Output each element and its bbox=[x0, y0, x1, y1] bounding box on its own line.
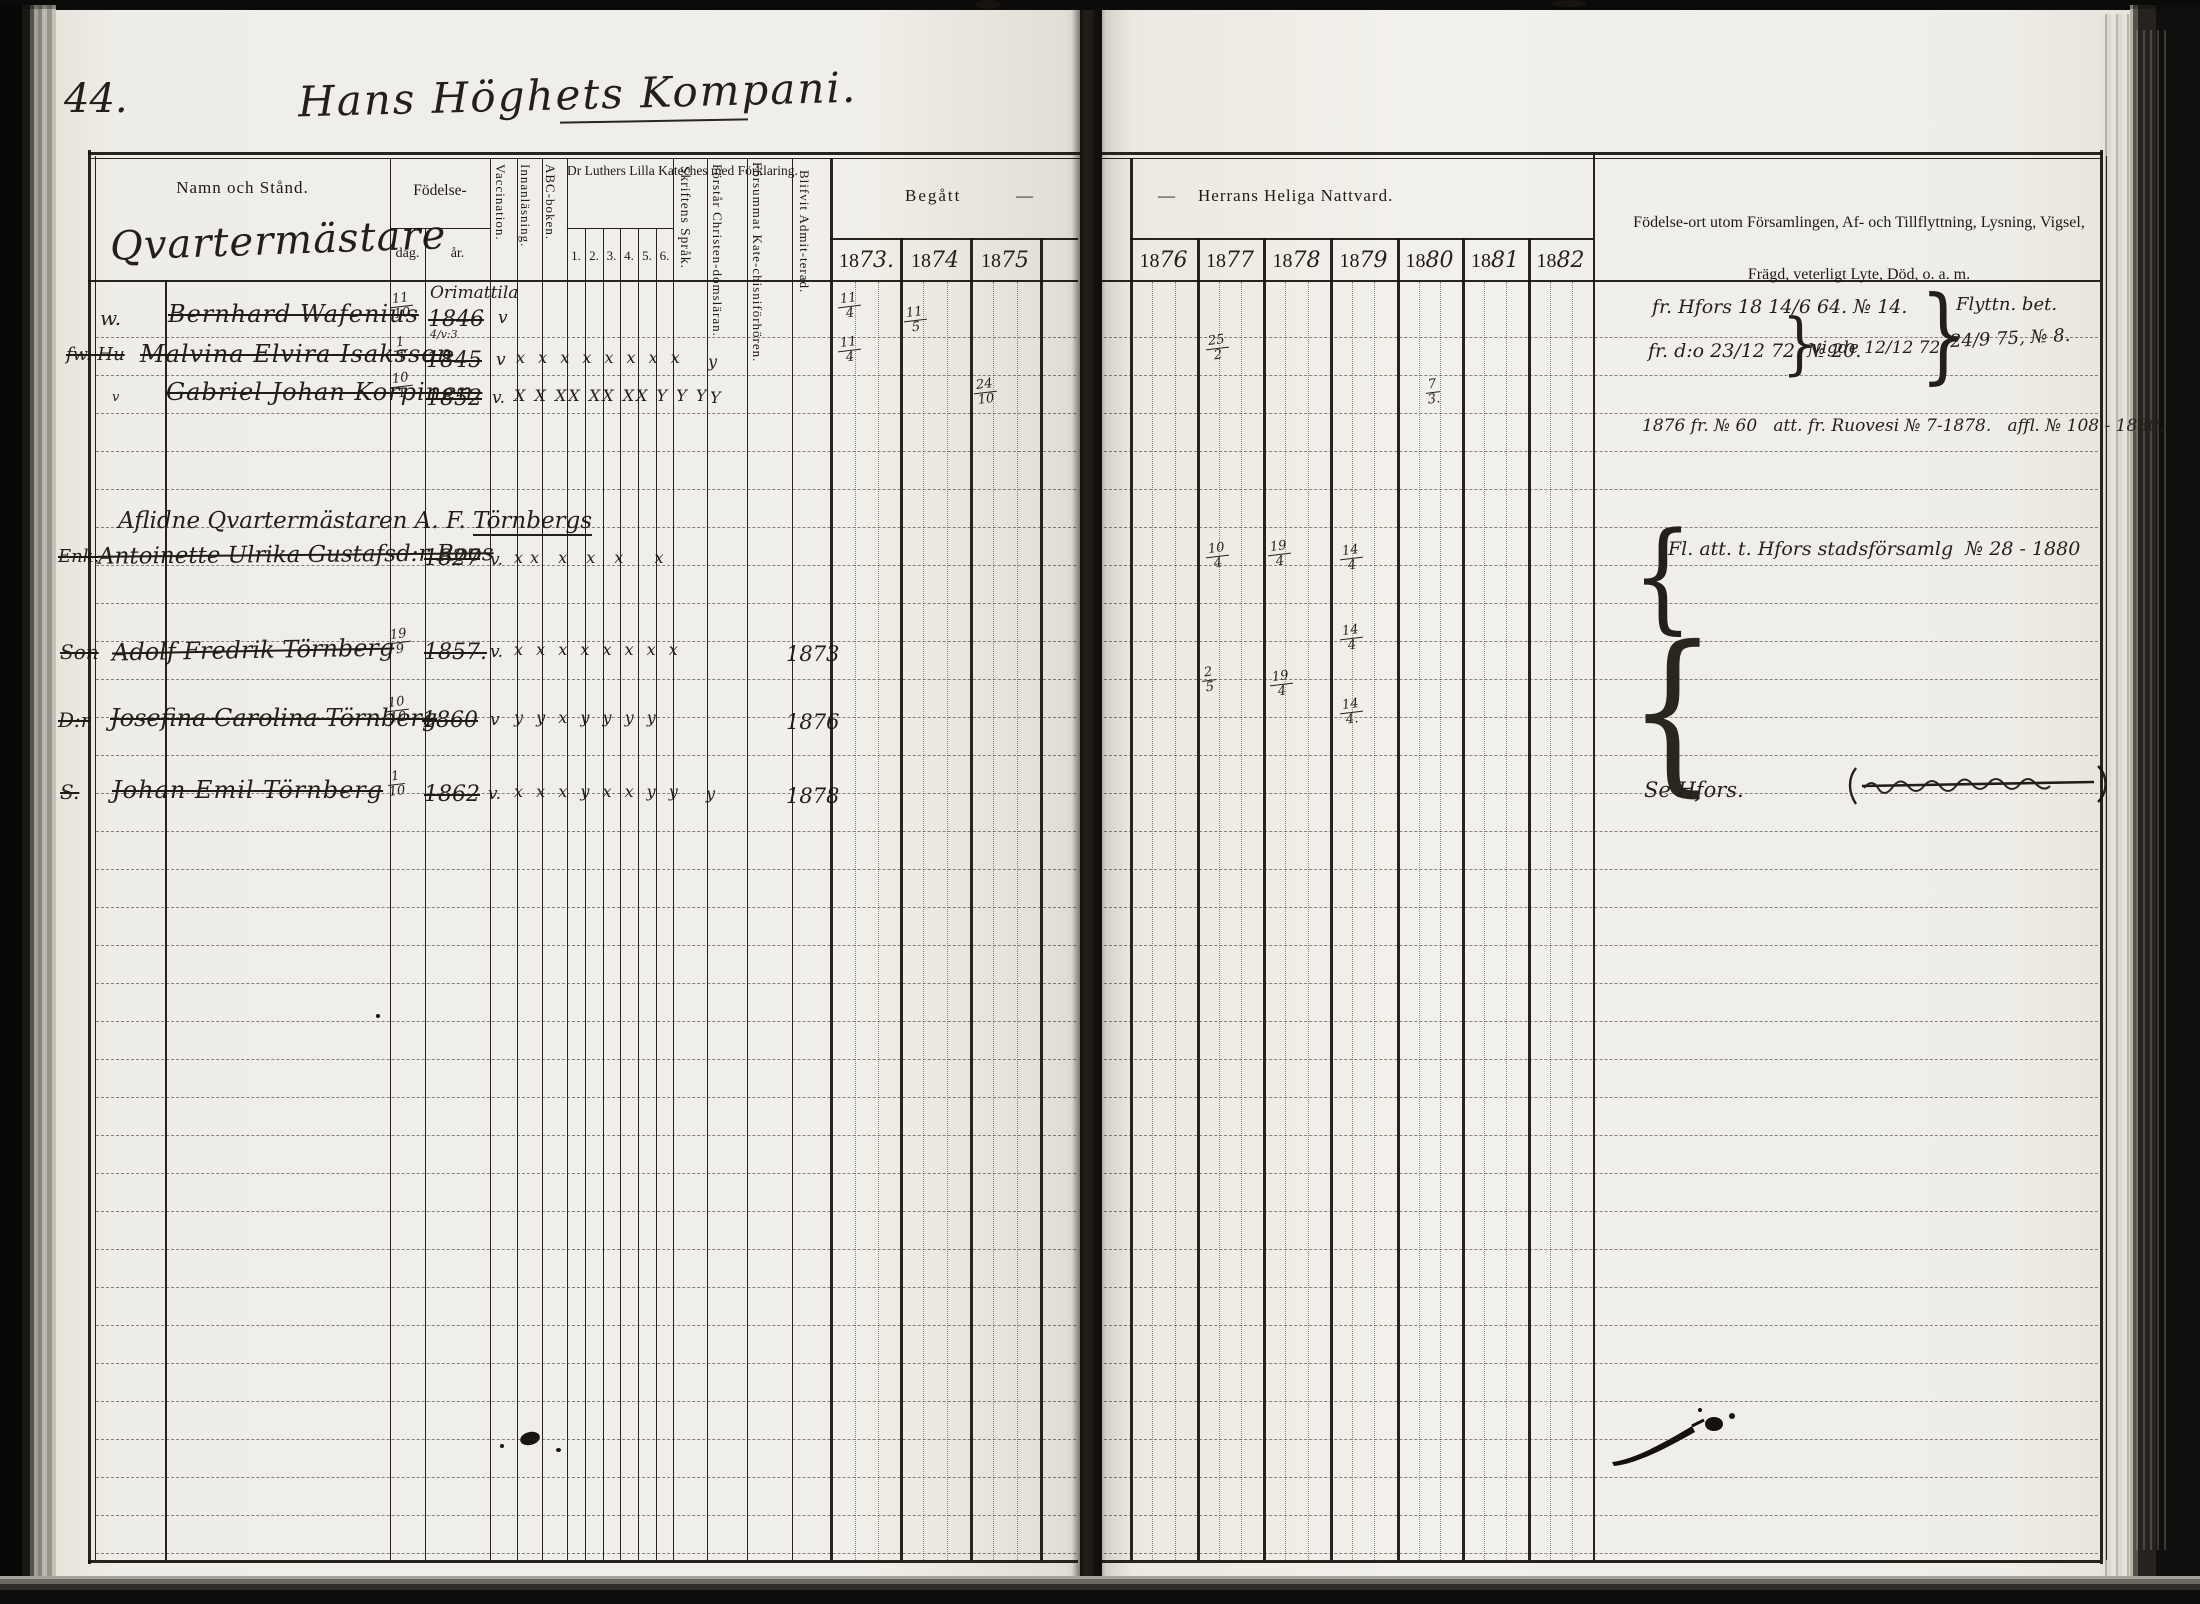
grid-line bbox=[88, 280, 1078, 282]
communion-mark-1875: 2410 bbox=[972, 377, 998, 409]
grid-line bbox=[1104, 1477, 2098, 1478]
grid-line bbox=[96, 1477, 1076, 1478]
grid-line bbox=[1040, 238, 1043, 1560]
year-header-1880: 1880 bbox=[1397, 248, 1462, 273]
row-margin-note: S. bbox=[60, 780, 79, 804]
grid-line bbox=[1572, 282, 1573, 1560]
grid-line bbox=[656, 228, 657, 1560]
grid-line bbox=[96, 869, 1076, 870]
grid-line bbox=[1352, 282, 1353, 1560]
grid-line bbox=[88, 152, 1080, 155]
grid-line bbox=[1152, 282, 1153, 1560]
year-header-1874: 1874 bbox=[900, 248, 970, 273]
grid-line bbox=[1102, 158, 2103, 159]
grid-line bbox=[96, 907, 1076, 908]
grid-line bbox=[96, 793, 1076, 794]
year-header-1875: 1875 bbox=[970, 248, 1040, 273]
grid-line bbox=[2106, 156, 2107, 1560]
birthplace-note: Orimattila bbox=[430, 283, 518, 303]
row-name: Adolf Fredrik Törnberg bbox=[112, 634, 395, 667]
communion-mark-1878: 194 bbox=[1268, 669, 1294, 701]
note-see-reference: Se Hfors. bbox=[1644, 778, 1744, 802]
row-margin-note: Son bbox=[60, 640, 99, 664]
column-header-missed-catechism: Försummat Kate-chisniförhören. bbox=[750, 162, 764, 282]
grid-line bbox=[1241, 282, 1242, 1560]
grid-line bbox=[96, 451, 1076, 452]
grid-line bbox=[1102, 152, 2103, 155]
grid-line bbox=[96, 1059, 1076, 1060]
grid-line bbox=[88, 150, 91, 1564]
grid-line bbox=[1104, 1135, 2098, 1136]
year-header-1879: 1879 bbox=[1330, 248, 1397, 273]
grid-line bbox=[96, 1173, 1076, 1174]
vaccination-mark: v bbox=[498, 308, 508, 328]
vaccination-mark: v bbox=[496, 350, 506, 370]
illegible-struck-remark-drawing bbox=[1842, 762, 2112, 808]
grid-line bbox=[1506, 282, 1507, 1560]
grid-line bbox=[96, 1021, 1076, 1022]
grid-line bbox=[1104, 1363, 2098, 1364]
grid-line bbox=[747, 158, 748, 1560]
column-header-vaccination: Vaccination. bbox=[493, 164, 507, 278]
grid-line bbox=[1330, 238, 1333, 1560]
grid-line bbox=[1462, 238, 1465, 1560]
grid-line bbox=[1197, 238, 1200, 1560]
grid-line bbox=[96, 717, 1076, 718]
communion-mark-1873: 114 bbox=[836, 291, 862, 323]
grid-line bbox=[1104, 489, 2098, 490]
grid-line bbox=[517, 158, 518, 1560]
note-certificate-1: Flyttn. bet. bbox=[1956, 294, 2057, 315]
grid-line bbox=[1104, 1439, 2098, 1440]
grid-line bbox=[542, 158, 543, 1560]
birth-year: 1860 bbox=[422, 708, 478, 733]
catechism-col-1: 1. bbox=[567, 248, 585, 264]
grid-line bbox=[425, 228, 426, 1560]
grid-line bbox=[1104, 983, 2098, 984]
year-header-1876: 1876 bbox=[1130, 248, 1197, 273]
grid-line bbox=[96, 527, 1076, 528]
grid-line bbox=[567, 228, 673, 229]
communion-mark-1874: 115 bbox=[902, 305, 928, 337]
grid-line bbox=[567, 158, 568, 1560]
grid-line bbox=[792, 158, 793, 1560]
birth-year: 1827 bbox=[424, 546, 480, 571]
grid-line bbox=[830, 158, 833, 1560]
grid-line bbox=[1017, 282, 1018, 1560]
grid-line bbox=[1104, 1211, 2098, 1212]
birth-year: 1862 bbox=[424, 782, 480, 807]
grid-line bbox=[1104, 1249, 2098, 1250]
communion-header-dash-left: — bbox=[1016, 186, 1033, 206]
grid-line bbox=[1104, 1401, 2098, 1402]
grid-line bbox=[1102, 280, 2100, 282]
year-header-1882: 1882 bbox=[1528, 248, 1593, 273]
note-moved-attestation: Fl. att. t. Hfors stadsförsamlg № 28 - 1… bbox=[1668, 538, 2080, 560]
grid-line bbox=[855, 282, 856, 1560]
grid-line bbox=[1374, 282, 1375, 1560]
grid-line bbox=[1104, 1515, 2098, 1516]
grid-line bbox=[1104, 755, 2098, 756]
communion-header-nattvard: Herrans Heliga Nattvard. bbox=[1198, 186, 1393, 206]
grid-line bbox=[96, 831, 1076, 832]
grid-line bbox=[96, 1211, 1076, 1212]
grid-line bbox=[1175, 282, 1176, 1560]
grid-line bbox=[1550, 282, 1551, 1560]
vaccination-mark: v. bbox=[490, 642, 503, 662]
understands-mark: Y bbox=[710, 388, 721, 407]
subsection-heading: Aflidne Qvartermästaren A. F. Törnbergs bbox=[118, 508, 592, 534]
grid-line bbox=[1104, 375, 2098, 376]
grid-line bbox=[88, 158, 1080, 159]
communion-header-begatt: Begått bbox=[905, 186, 961, 206]
grid-line bbox=[1104, 1325, 2098, 1326]
grid-line bbox=[1104, 413, 2098, 414]
grid-line bbox=[673, 158, 674, 1560]
year-header-1881: 1881 bbox=[1462, 248, 1528, 273]
grid-line bbox=[96, 603, 1076, 604]
grid-line bbox=[1104, 337, 2098, 338]
scanned-parish-register-spread: Namn och Stånd. Födelse- dag. år. Vaccin… bbox=[0, 0, 2200, 1604]
grid-line bbox=[165, 280, 167, 1560]
communion-mark-1873: 114 bbox=[836, 335, 862, 367]
row-margin-note: w. bbox=[100, 306, 121, 330]
grid-line bbox=[96, 945, 1076, 946]
year-header-1878: 1878 bbox=[1263, 248, 1330, 273]
grid-line bbox=[96, 1325, 1076, 1326]
grid-line bbox=[1484, 282, 1485, 1560]
grid-line bbox=[1102, 1560, 2100, 1563]
grid-line bbox=[707, 158, 708, 1560]
vaccination-mark: v. bbox=[492, 388, 505, 408]
grid-line bbox=[1104, 907, 2098, 908]
grid-line bbox=[1104, 565, 2098, 566]
grid-line bbox=[95, 156, 96, 1560]
grid-line bbox=[585, 228, 586, 1560]
grid-line bbox=[390, 228, 490, 229]
binding-gutter bbox=[1072, 10, 1106, 1580]
grid-line bbox=[923, 282, 924, 1560]
grid-line bbox=[96, 489, 1076, 490]
grid-line bbox=[620, 228, 621, 1560]
grid-line bbox=[830, 238, 1078, 240]
grid-line bbox=[1440, 282, 1441, 1560]
birth-year: 1845 bbox=[426, 348, 482, 373]
book-edge-right bbox=[2130, 0, 2200, 1604]
note-moved-from: 1876 fr. № 60 att. fr. Ruovesi № 7-1878.… bbox=[1642, 416, 2164, 436]
grid-line bbox=[1104, 1021, 2098, 1022]
year-header-1873: 1873. bbox=[833, 248, 900, 273]
understands-mark: y bbox=[708, 352, 717, 371]
catechism-col-3: 3. bbox=[603, 248, 620, 264]
grid-line bbox=[1130, 158, 1133, 1560]
grid-line bbox=[96, 1363, 1076, 1364]
column-header-catechism: Dr Luthers Lilla Kateches med Förklaring… bbox=[567, 162, 673, 179]
grid-line bbox=[1104, 945, 2098, 946]
grid-line bbox=[1104, 603, 2098, 604]
grid-line bbox=[96, 1515, 1076, 1516]
column-header-admitted: Blifvit Admit-terad. bbox=[797, 170, 811, 270]
ink-speck bbox=[500, 1444, 504, 1448]
small-note: 4/v:3 bbox=[430, 328, 458, 341]
birth-date: 1110 bbox=[388, 291, 414, 323]
column-header-birth: Födelse- bbox=[390, 182, 490, 200]
grid-line bbox=[96, 1249, 1076, 1250]
grid-line bbox=[390, 158, 391, 1560]
grid-line bbox=[1104, 1097, 2098, 1098]
grid-line bbox=[878, 282, 879, 1560]
row-margin-note: Enk. bbox=[58, 546, 99, 567]
column-header-understands-christianity: Förstår Christen-domsläran. bbox=[710, 164, 724, 280]
grid-line bbox=[1104, 869, 2098, 870]
grid-line bbox=[2100, 150, 2103, 1564]
book-edge-bottom bbox=[0, 1576, 2200, 1604]
book-edge-left bbox=[0, 0, 56, 1604]
grid-line bbox=[1308, 282, 1309, 1560]
row-name: Johan Emil Törnberg bbox=[112, 776, 383, 804]
grid-line bbox=[900, 238, 903, 1560]
grid-line bbox=[1104, 679, 2098, 680]
grid-line bbox=[1130, 238, 1593, 240]
grid-line bbox=[96, 1135, 1076, 1136]
grid-line bbox=[1397, 238, 1400, 1560]
vaccination-mark: v bbox=[490, 710, 500, 730]
column-header-abc-book: ABC-boken. bbox=[543, 164, 557, 280]
column-header-name: Namn och Stånd. bbox=[100, 178, 385, 198]
vaccination-mark: v. bbox=[490, 550, 503, 570]
column-header-scripture: Skriftens Språk. bbox=[678, 166, 692, 278]
grid-line bbox=[96, 337, 1076, 338]
grid-line bbox=[96, 375, 1076, 376]
grid-line bbox=[96, 1439, 1076, 1440]
row-margin-note: v bbox=[112, 390, 119, 405]
grid-line bbox=[1419, 282, 1420, 1560]
catechism-col-4: 4. bbox=[620, 248, 638, 264]
ink-speck bbox=[975, 0, 1001, 9]
communion-mark-1877: 104 bbox=[1204, 541, 1230, 573]
grid-line bbox=[1104, 641, 2098, 642]
grid-line bbox=[1528, 238, 1531, 1560]
communion-header-dash-right: — bbox=[1158, 186, 1175, 206]
grid-line bbox=[96, 1097, 1076, 1098]
grid-line bbox=[1104, 717, 2098, 718]
page-number: 44. bbox=[64, 76, 128, 122]
grid-line bbox=[96, 983, 1076, 984]
grid-line bbox=[1104, 793, 2098, 794]
grid-line bbox=[490, 158, 491, 1560]
grid-line bbox=[1263, 238, 1266, 1560]
grid-line bbox=[638, 228, 639, 1560]
grid-line bbox=[1104, 1553, 2098, 1554]
grid-line bbox=[96, 755, 1076, 756]
grid-line bbox=[1219, 282, 1220, 1560]
grid-line bbox=[947, 282, 948, 1560]
grid-line bbox=[1104, 1287, 2098, 1288]
grid-line bbox=[96, 1553, 1076, 1554]
ink-speck bbox=[556, 1448, 561, 1452]
grid-line bbox=[96, 413, 1076, 414]
row-margin-note: D:r bbox=[58, 708, 90, 732]
grid-line bbox=[1593, 152, 1595, 1560]
birth-year: 1857. bbox=[424, 640, 487, 665]
grid-line bbox=[993, 282, 994, 1560]
catechism-col-2: 2. bbox=[585, 248, 603, 264]
grid-line bbox=[970, 238, 973, 1560]
row-name: Bernhard Wafenius bbox=[168, 300, 419, 328]
grid-line bbox=[1104, 1059, 2098, 1060]
catechism-col-5: 5. bbox=[638, 248, 656, 264]
ink-speck bbox=[1552, 0, 1586, 7]
grid-line bbox=[603, 228, 604, 1560]
grid-line bbox=[96, 641, 1076, 642]
grid-line bbox=[1104, 451, 2098, 452]
grid-line bbox=[96, 679, 1076, 680]
grid-line bbox=[1104, 831, 2098, 832]
grid-line bbox=[1104, 1173, 2098, 1174]
birth-year: 1852 bbox=[426, 386, 482, 411]
pen-flourish-drawing bbox=[1596, 1396, 1756, 1480]
grid-line bbox=[1285, 282, 1286, 1560]
grid-line bbox=[96, 565, 1076, 566]
ink-speck bbox=[376, 1014, 380, 1018]
year-header-1877: 1877 bbox=[1197, 248, 1263, 273]
notes-header-line1: Födelse-ort utom Församlingen, Af- och T… bbox=[1633, 214, 2085, 231]
grid-line bbox=[88, 1560, 1078, 1563]
column-header-reading: Innanläsning. bbox=[518, 164, 532, 280]
birth-date: 1010 bbox=[384, 695, 410, 727]
grid-line bbox=[1104, 527, 2098, 528]
catechism-col-6: 6. bbox=[656, 248, 673, 264]
book-edge-top bbox=[0, 0, 2200, 9]
grid-line bbox=[96, 1287, 1076, 1288]
grid-line bbox=[96, 1401, 1076, 1402]
note-moved-from: fr. Hfors 18 14/6 64. № 14. bbox=[1652, 296, 1907, 318]
